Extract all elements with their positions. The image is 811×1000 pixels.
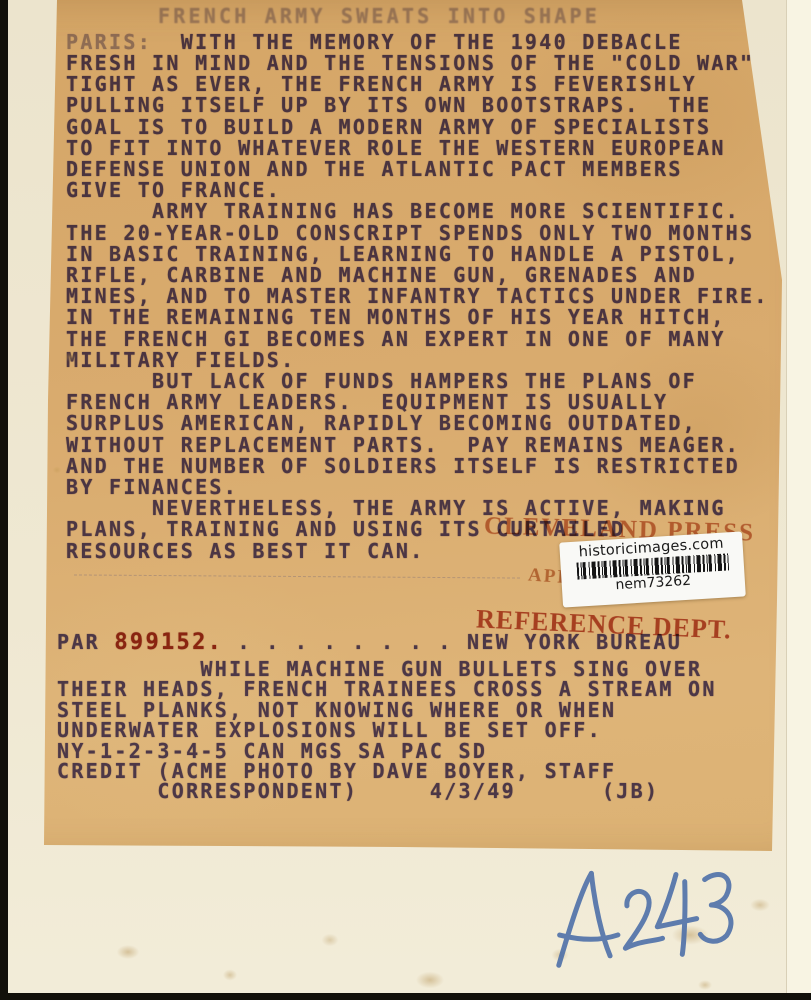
caption-credit-text: WHILE MACHINE GUN BULLETS SING OVER THEI… [57, 659, 717, 802]
caption-headline: FRENCH ARMY SWEATS INTO SHAPE [158, 4, 600, 28]
photo-edge-strip [786, 0, 811, 993]
par-number-red: 899152. [114, 630, 223, 655]
caption-body-text: FRESH IN MIND AND THE TENSIONS OF THE "C… [66, 53, 769, 562]
bureau-label: NEW YORK BUREAU [453, 630, 682, 654]
handwritten-filing-code [535, 849, 755, 980]
photo-reference-line: PAR 899152. . . . . . . . . NEW YORK BUR… [57, 632, 682, 653]
archive-sticker: historicimages.com nem73262 [559, 531, 746, 607]
dot-leaders: . . . . . . . . [223, 630, 452, 654]
par-prefix: PAR [57, 630, 114, 654]
photo-back-scan: FRENCH ARMY SWEATS INTO SHAPE PARIS: WIT… [0, 0, 811, 1000]
